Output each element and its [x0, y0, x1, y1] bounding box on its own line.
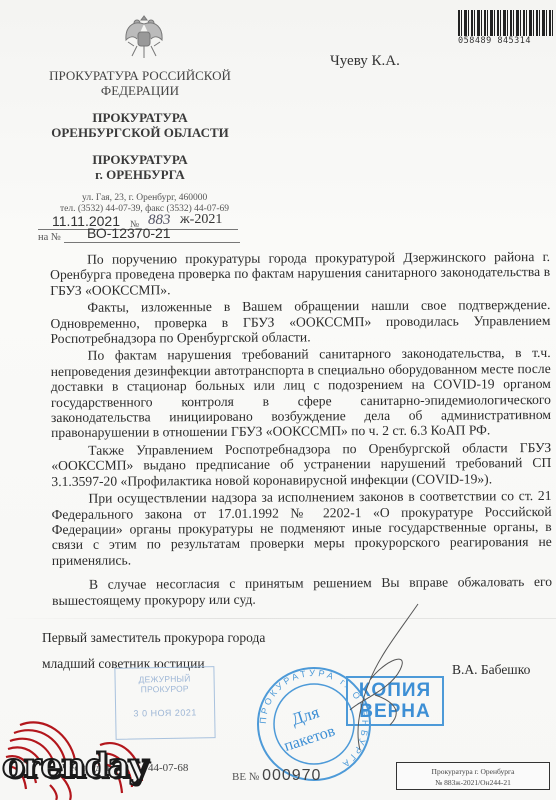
paragraph: По поручению прокуратуры города прокурат… — [50, 249, 550, 298]
reply-number: ВО-12370-21 — [87, 225, 171, 241]
paper-fold — [0, 618, 556, 619]
signer-name: В.А. Бабешко — [452, 662, 530, 678]
registration-suffix: ж-2021 — [180, 212, 222, 228]
paragraph: Факты, изложенные в Вашем обращении нашл… — [50, 297, 550, 346]
paragraph: Также Управлением Роспотребнадзора по Ор… — [51, 440, 551, 489]
org-name-region: ПРОКУРАТУРА ОРЕНБУРГСКОЙ ОБЛАСТИ — [40, 110, 240, 140]
recipient-name: Чуеву К.А. — [330, 53, 400, 70]
coat-of-arms-icon — [122, 12, 166, 60]
reply-label: на № — [38, 232, 61, 243]
org-name-federal: ПРОКУРАТУРА РОССИЙСКОЙ ФЕДЕРАЦИИ — [40, 68, 240, 98]
incoming-registration-stamp: Прокуратура г. Оренбурга № 883ж-2021/Он2… — [396, 762, 550, 790]
paragraph: В случае несогласия с принятым решением … — [52, 574, 552, 608]
letter-body: По поручению прокуратуры города прокурат… — [50, 249, 552, 608]
orenday-watermark: orenday — [2, 746, 148, 786]
signer-title: Первый заместитель прокурора города — [42, 630, 265, 646]
org-name-city: ПРОКУРАТУРА г. ОРЕНБУРГА — [40, 152, 240, 182]
paragraph: При осуществлении надзора за исполнением… — [51, 488, 551, 568]
barcode-icon — [458, 10, 554, 36]
paragraph: По фактам нарушения требований санитарно… — [51, 345, 552, 440]
form-number: ВЕ № 000970 — [232, 767, 321, 785]
svg-text:Для: Для — [289, 702, 322, 729]
document-page: ПРОКУРАТУРА РОССИЙСКОЙ ФЕДЕРАЦИИ ПРОКУРА… — [0, 0, 556, 800]
executor-phone: 44-07-68 — [148, 762, 188, 774]
handwritten-signature — [330, 600, 430, 760]
barcode: 058489 845314 — [458, 10, 554, 46]
barcode-number: 058489 845314 — [458, 36, 554, 46]
